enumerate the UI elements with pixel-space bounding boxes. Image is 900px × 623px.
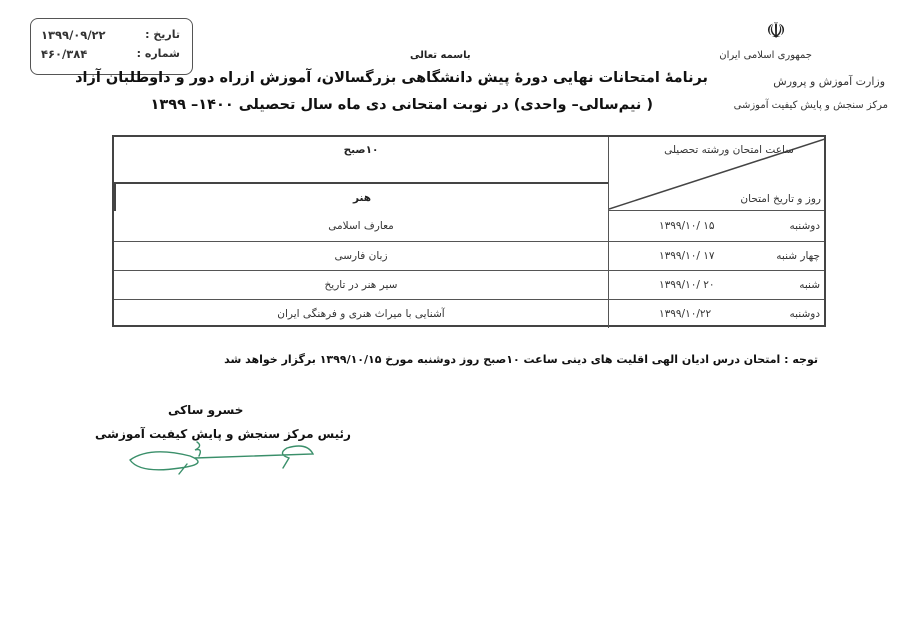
country-name: جمهوری اسلامی ایران bbox=[719, 50, 812, 61]
table-body: دوشنبه ۱۳۹۹/۱۰/ ۱۵ معارف اسلامی چهار شنب… bbox=[114, 211, 824, 328]
day-date-cell: چهار شنبه ۱۳۹۹/۱۰/ ۱۷ bbox=[608, 242, 824, 270]
basmala: باسمه تعالی bbox=[410, 50, 471, 61]
exam-date: ۱۳۹۹/۱۰/ ۱۵ bbox=[659, 220, 715, 232]
corner-bottom-label: روز و تاریخ امتحان bbox=[740, 193, 821, 205]
center-name: مرکز سنجش و پایش کیفیت آموزشی bbox=[734, 100, 888, 111]
course-name: آشنایی با میراث هنری و فرهنگی ایران bbox=[114, 308, 608, 320]
day-date-cell: دوشنبه ۱۳۹۹/۱۰/ ۱۵ bbox=[608, 211, 824, 241]
ministry-name: وزارت آموزش و پرورش bbox=[773, 75, 885, 88]
number-label: شماره : bbox=[124, 47, 180, 60]
day-name: دوشنبه bbox=[789, 308, 820, 320]
day-date-cell: دوشنبه ۱۳۹۹/۱۰/۲۲ bbox=[608, 300, 824, 328]
day-name: چهار شنبه bbox=[776, 250, 820, 262]
day-date-cell: شنبه ۱۳۹۹/۱۰/ ۲۰ bbox=[608, 271, 824, 299]
exam-date: ۱۳۹۹/۱۰/ ۱۷ bbox=[659, 250, 715, 262]
date-value: ۱۳۹۹/۰۹/۲۲ bbox=[41, 28, 124, 42]
exam-date: ۱۳۹۹/۱۰/۲۲ bbox=[659, 308, 711, 320]
table-row: دوشنبه ۱۳۹۹/۱۰/۲۲ آشنایی با میراث هنری و… bbox=[114, 299, 824, 328]
date-row: تاریخ : ۱۳۹۹/۰۹/۲۲ bbox=[41, 25, 180, 44]
document-title-line2: ( نیم‌سالی– واحدی) در نوبت امتحانی دی ما… bbox=[151, 97, 653, 113]
document-page: تاریخ : ۱۳۹۹/۰۹/۲۲ شماره : ۴۶۰/۳۸۴ ☫ جمه… bbox=[0, 0, 900, 623]
time-header: ۱۰صبح bbox=[114, 137, 608, 182]
course-name: سیر هنر در تاریخ bbox=[114, 279, 608, 291]
signer-name: خسرو ساکی bbox=[168, 403, 243, 417]
exam-schedule-table: ساعت امتحان ورشته تحصیلی روز و تاریخ امت… bbox=[112, 135, 826, 327]
document-title-line1: برنامهٔ امتحانات نهایی دورهٔ پیش دانشگاه… bbox=[75, 70, 708, 86]
exam-date: ۱۳۹۹/۱۰/ ۲۰ bbox=[659, 279, 715, 291]
day-name: شنبه bbox=[799, 279, 820, 291]
table-row: دوشنبه ۱۳۹۹/۱۰/ ۱۵ معارف اسلامی bbox=[114, 211, 824, 241]
exam-note: توجه : امتحان درس ادیان الهی اقلیت های د… bbox=[224, 353, 818, 366]
number-row: شماره : ۴۶۰/۳۸۴ bbox=[41, 44, 180, 63]
number-value: ۴۶۰/۳۸۴ bbox=[41, 47, 124, 61]
reference-box: تاریخ : ۱۳۹۹/۰۹/۲۲ شماره : ۴۶۰/۳۸۴ bbox=[30, 18, 193, 75]
course-name: معارف اسلامی bbox=[114, 220, 608, 232]
corner-top-label: ساعت امتحان ورشته تحصیلی bbox=[664, 144, 794, 156]
table-row: شنبه ۱۳۹۹/۱۰/ ۲۰ سیر هنر در تاریخ bbox=[114, 270, 824, 299]
day-name: دوشنبه bbox=[789, 220, 820, 232]
table-row: چهار شنبه ۱۳۹۹/۱۰/ ۱۷ زبان فارسی bbox=[114, 241, 824, 270]
iran-emblem-icon: ☫ bbox=[763, 20, 789, 44]
handwritten-signature-icon bbox=[125, 440, 325, 480]
date-label: تاریخ : bbox=[124, 28, 180, 41]
field-header: هنر bbox=[114, 182, 608, 211]
course-name: زبان فارسی bbox=[114, 250, 608, 262]
table-corner-header: ساعت امتحان ورشته تحصیلی روز و تاریخ امت… bbox=[608, 137, 824, 211]
signer-title: رئیس مرکز سنجش و پایش کیفیت آموزشی bbox=[95, 427, 351, 441]
